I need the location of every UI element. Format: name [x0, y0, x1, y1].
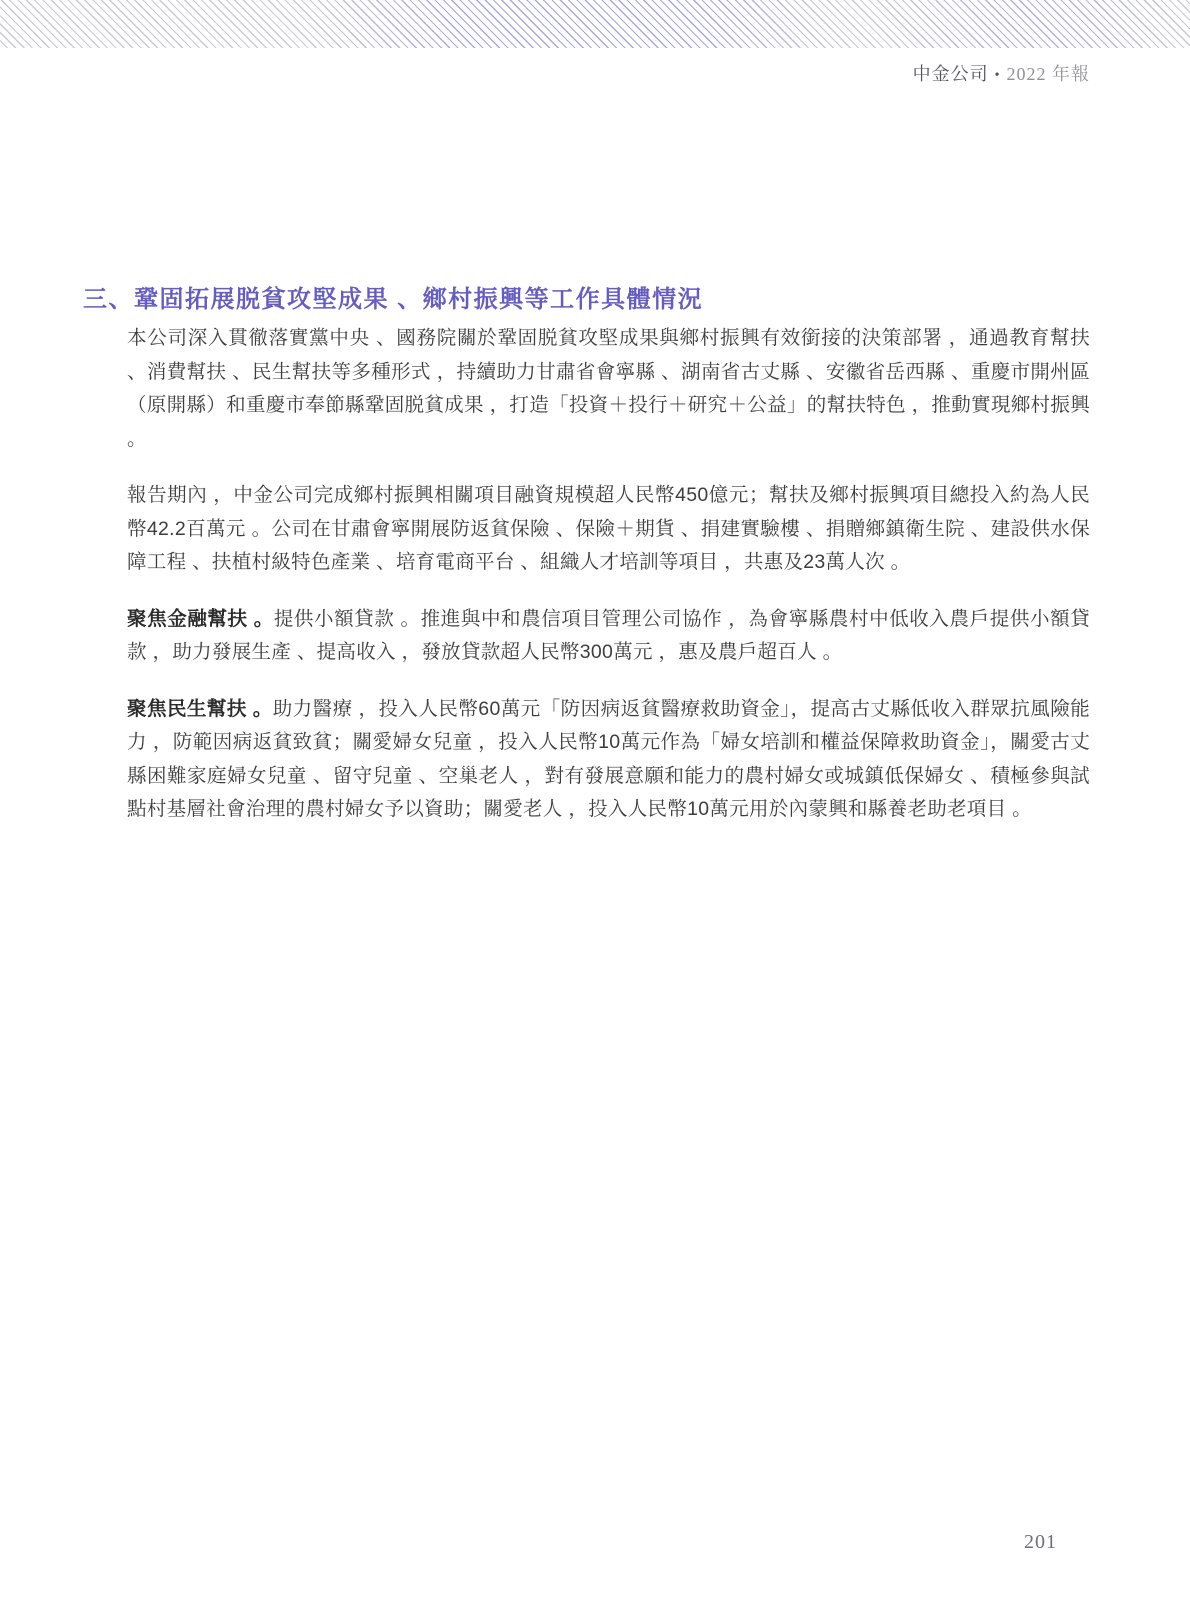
body-paragraph-intro: 本公司深入貫徹落實黨中央 、國務院關於鞏固脱貧攻堅成果與鄉村振興有效銜接的決策部…: [127, 322, 1090, 456]
page-number: 201: [1024, 1531, 1057, 1554]
report-page: 中金公司•2022 年報 三、鞏固拓展脱貧攻堅成果 、鄉村振興等工作具體情況 本…: [0, 0, 1190, 1615]
paragraph-bold-lead: 聚焦民生幫扶 。: [127, 698, 273, 720]
body-paragraph-livelihood-aid: 聚焦民生幫扶 。助力醫療 ，投入人民幣60萬元「防因病返貧醫療救助資金」，提高古…: [127, 693, 1090, 827]
paragraph-text: 本公司深入貫徹落實黨中央 、國務院關於鞏固脱貧攻堅成果與鄉村振興有效銜接的決策部…: [127, 327, 1090, 450]
running-head-separator-dot: •: [989, 68, 1007, 83]
running-head: 中金公司•2022 年報: [913, 61, 1090, 89]
paragraph-text: 報告期內 ，中金公司完成鄉村振興相關項目融資規模超人民幣450億元；幫扶及鄉村振…: [127, 484, 1090, 573]
section-heading: 三、鞏固拓展脱貧攻堅成果 、鄉村振興等工作具體情況: [83, 285, 1093, 315]
running-head-company: 中金公司: [913, 64, 989, 84]
paragraph-bold-lead: 聚焦金融幫扶 。: [127, 608, 274, 630]
top-hatch-pattern: [0, 0, 1190, 48]
body-paragraph-report-period: 報告期內 ，中金公司完成鄉村振興相關項目融資規模超人民幣450億元；幫扶及鄉村振…: [127, 479, 1090, 580]
body-content: 本公司深入貫徹落實黨中央 、國務院關於鞏固脱貧攻堅成果與鄉村振興有效銜接的決策部…: [127, 322, 1090, 850]
body-paragraph-financial-aid: 聚焦金融幫扶 。提供小額貸款 。推進與中和農信項目管理公司協作 ，為會寧縣農村中…: [127, 603, 1090, 670]
running-head-report-year: 2022 年報: [1007, 64, 1091, 84]
